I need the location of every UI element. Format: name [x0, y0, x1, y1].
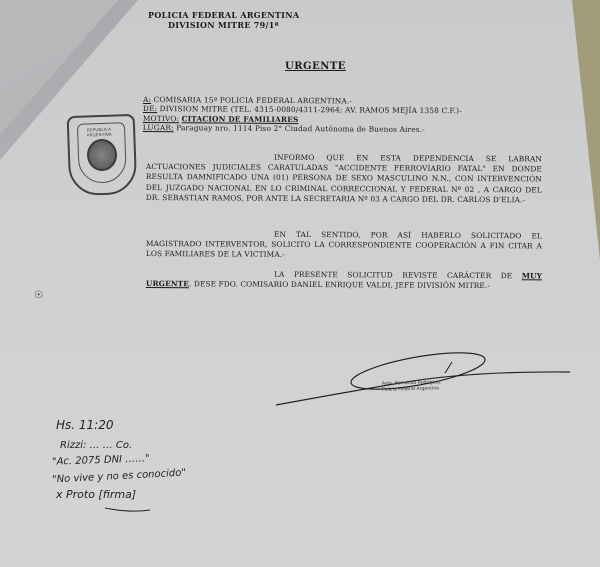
handwritten-note-line-5: x Proto [firma] [56, 488, 136, 501]
handwritten-note-line-2: Rizzi: … … Co. [60, 440, 132, 451]
handwritten-time: Hs. 11:20 [56, 418, 114, 432]
signature-block: Ayte. Fernando Rodriguez Policia Federal… [382, 380, 441, 394]
police-notice-document: POLICIA FEDERAL ARGENTINA DIVISION MITRE… [0, 0, 600, 567]
